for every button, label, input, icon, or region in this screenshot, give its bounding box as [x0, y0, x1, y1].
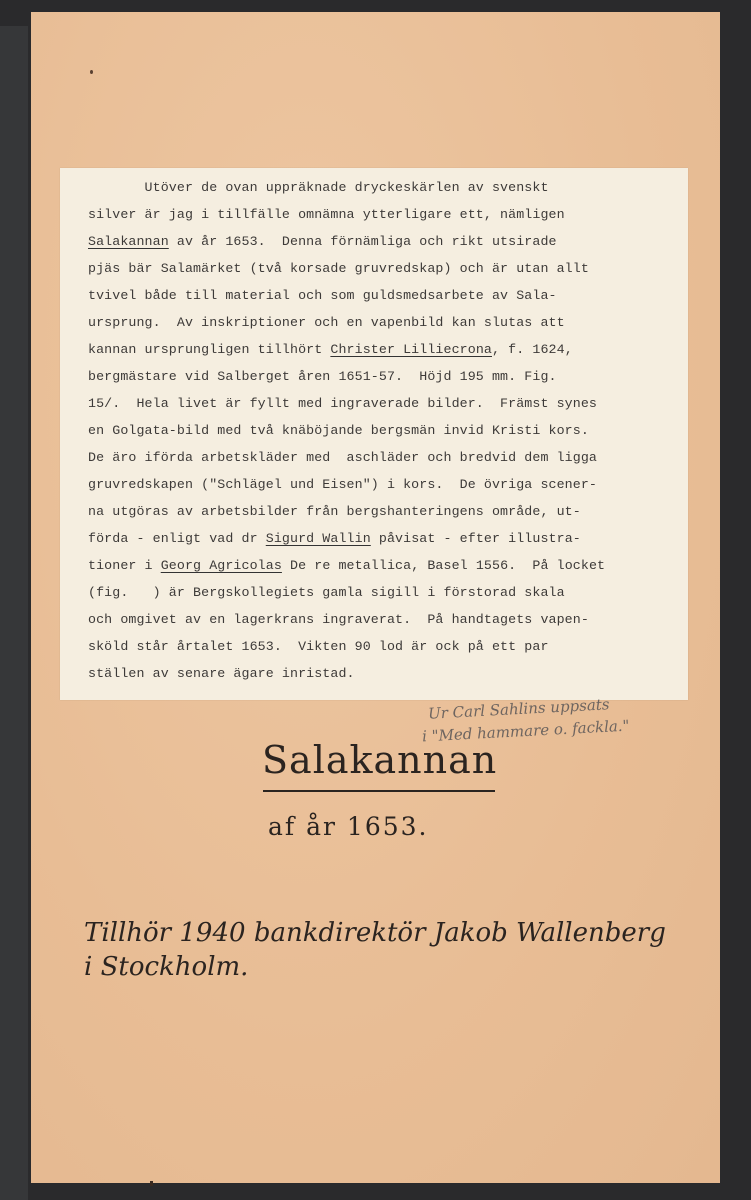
typed-line: silver är jag i tillfälle omnämna ytterl…	[88, 205, 565, 225]
title-underline	[263, 790, 495, 792]
typed-line: gruvredskapen ("Schlägel und Eisen") i k…	[88, 475, 597, 495]
typed-line: Salakannan av år 1653. Denna förnämliga …	[88, 232, 557, 252]
paper-speck	[90, 70, 93, 74]
typed-line: ställen av senare ägare inristad.	[88, 664, 355, 684]
typed-line: pjäs bär Salamärket (två korsade gruvred…	[88, 259, 589, 279]
typed-line: och omgivet av en lagerkrans ingraverat.…	[88, 610, 589, 630]
ownership-note-line-1: Tillhör 1940 bankdirektör Jakob Wallenbe…	[84, 918, 666, 948]
underlined-term: Christer Lilliecrona	[330, 342, 492, 357]
typed-line: Utöver de ovan uppräknade dryckeskärlen …	[88, 178, 549, 198]
typed-line: en Golgata-bild med två knäböjande bergs…	[88, 421, 589, 441]
typed-line: De äro iförda arbetskläder med aschläder…	[88, 448, 597, 468]
typed-line: na utgöras av arbetsbilder från bergshan…	[88, 502, 581, 522]
typed-line: förda - enligt vad dr Sigurd Wallin påvi…	[88, 529, 581, 549]
handwritten-subtitle: af år 1653.	[268, 812, 428, 841]
typed-line: tioner i Georg Agricolas De re metallica…	[88, 556, 605, 576]
ownership-note-line-2: i Stockholm.	[84, 952, 248, 982]
paper-nick	[150, 1181, 153, 1186]
underlined-term: Salakannan	[88, 234, 169, 249]
typed-line: ursprung. Av inskriptioner och en vapenb…	[88, 313, 565, 333]
typed-line: kannan ursprungligen tillhört Christer L…	[88, 340, 573, 360]
underlined-term: Georg Agricolas	[161, 558, 282, 573]
handwritten-title: Salakannan	[262, 738, 497, 782]
typed-line: 15/. Hela livet är fyllt med ingraverade…	[88, 394, 597, 414]
underlined-term: Sigurd Wallin	[266, 531, 371, 546]
typed-line: bergmästare vid Salberget åren 1651-57. …	[88, 367, 557, 387]
dark-backing-board	[0, 26, 28, 1200]
typed-line: sköld står årtalet 1653. Vikten 90 lod ä…	[88, 637, 549, 657]
typed-line: (fig. ) är Bergskollegiets gamla sigill …	[88, 583, 565, 603]
typed-line: tvivel både till material och som guldsm…	[88, 286, 557, 306]
